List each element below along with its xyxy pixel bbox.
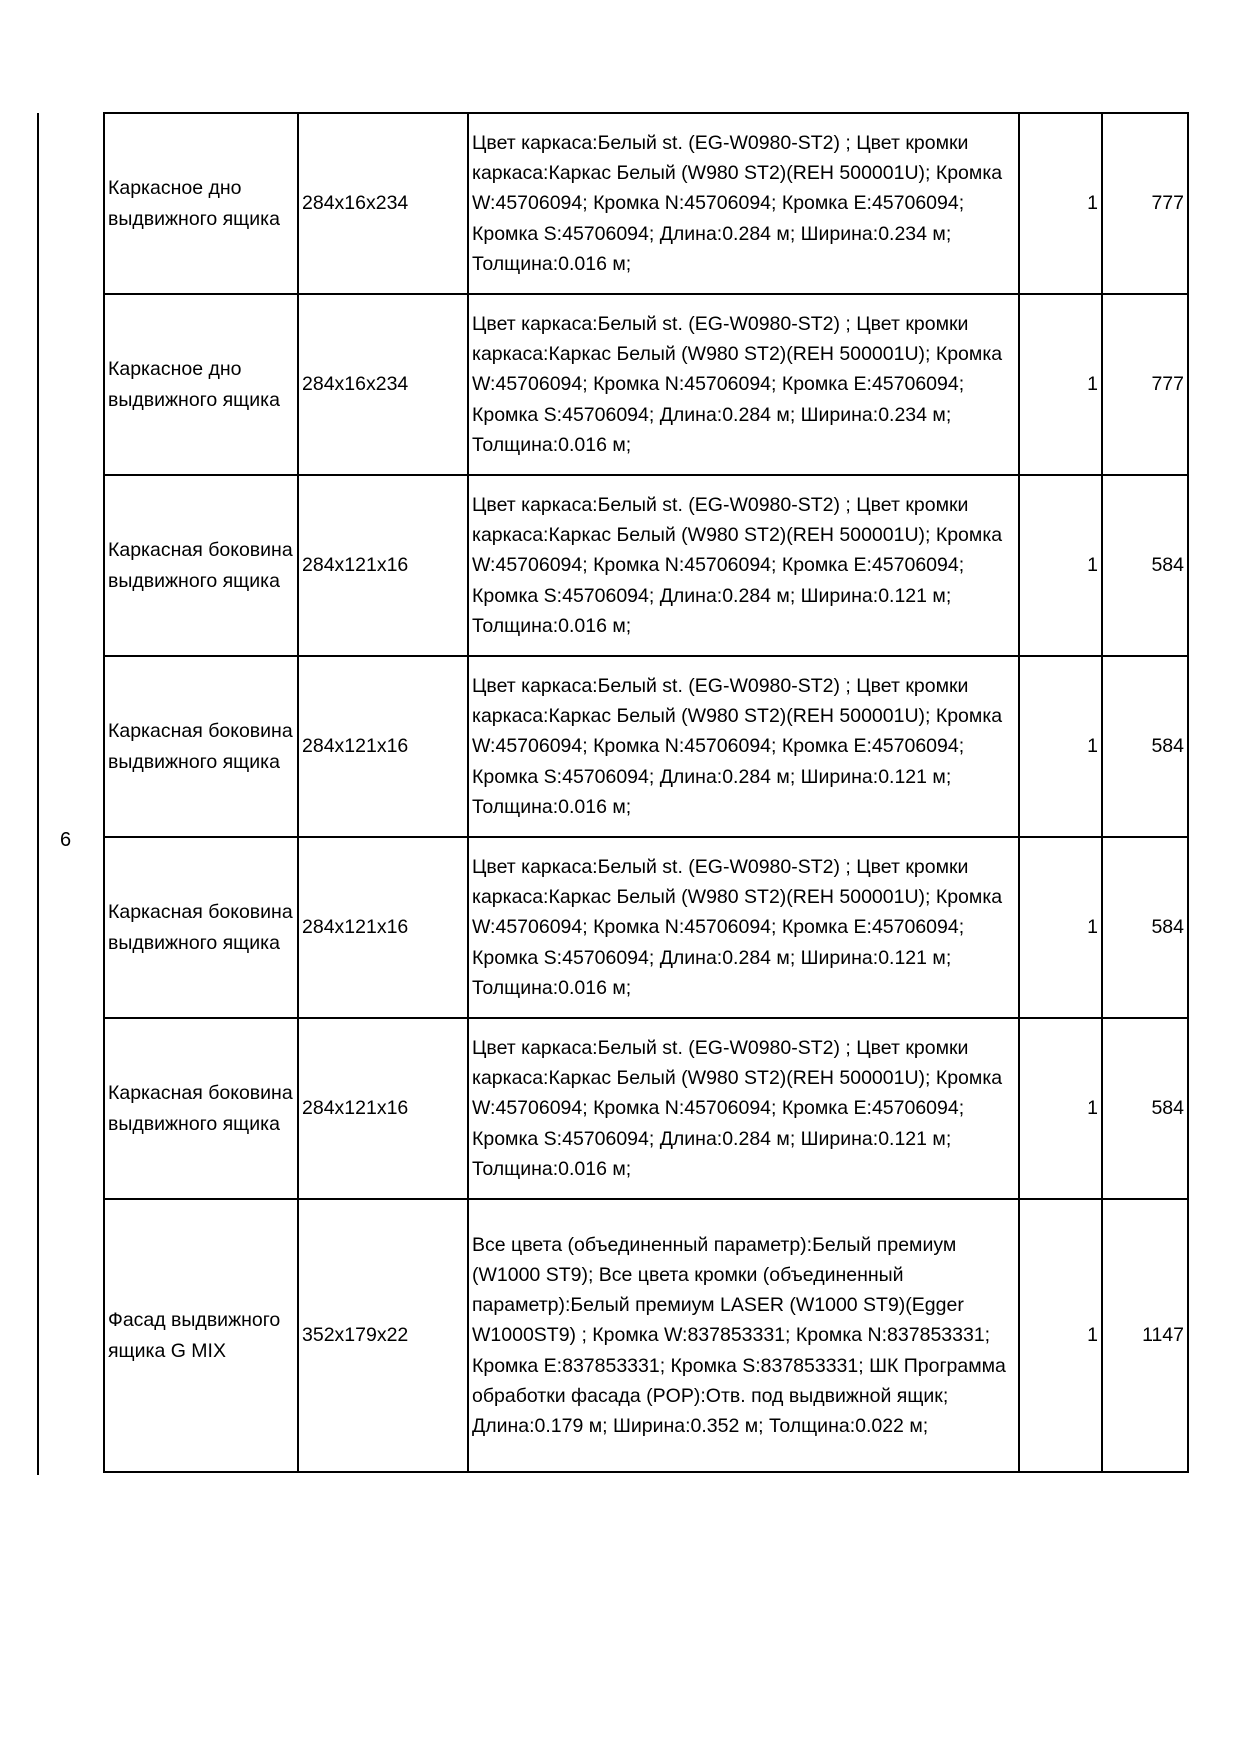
part-description: Цвет каркаса:Белый st. (EG-W0980-ST2) ; … bbox=[468, 475, 1019, 656]
part-qty: 1 bbox=[1019, 837, 1102, 1018]
part-qty: 1 bbox=[1019, 294, 1102, 475]
table-row: Каркасное дно выдвижного ящика 284x16x23… bbox=[104, 113, 1188, 294]
part-name: Каркасная боковина выдвижного ящика bbox=[104, 1018, 298, 1199]
part-price: 777 bbox=[1102, 113, 1188, 294]
group-number: 6 bbox=[60, 828, 84, 852]
parts-table: Каркасное дно выдвижного ящика 284x16x23… bbox=[103, 112, 1189, 1473]
part-name: Каркасное дно выдвижного ящика bbox=[104, 113, 298, 294]
part-size: 284x121x16 bbox=[298, 475, 468, 656]
part-size: 284x16x234 bbox=[298, 294, 468, 475]
part-size: 352x179x22 bbox=[298, 1199, 468, 1472]
part-description: Цвет каркаса:Белый st. (EG-W0980-ST2) ; … bbox=[468, 837, 1019, 1018]
table-row: Фасад выдвижного ящика G MIX 352x179x22 … bbox=[104, 1199, 1188, 1472]
part-qty: 1 bbox=[1019, 1018, 1102, 1199]
part-name: Каркасная боковина выдвижного ящика bbox=[104, 656, 298, 837]
part-price: 1147 bbox=[1102, 1199, 1188, 1472]
part-size: 284x121x16 bbox=[298, 1018, 468, 1199]
part-description: Цвет каркаса:Белый st. (EG-W0980-ST2) ; … bbox=[468, 113, 1019, 294]
part-qty: 1 bbox=[1019, 1199, 1102, 1472]
part-size: 284x121x16 bbox=[298, 837, 468, 1018]
part-description: Цвет каркаса:Белый st. (EG-W0980-ST2) ; … bbox=[468, 294, 1019, 475]
group-bracket-line bbox=[37, 113, 39, 1475]
table-row: Каркасная боковина выдвижного ящика 284x… bbox=[104, 475, 1188, 656]
part-size: 284x121x16 bbox=[298, 656, 468, 837]
part-qty: 1 bbox=[1019, 113, 1102, 294]
part-size: 284x16x234 bbox=[298, 113, 468, 294]
part-price: 584 bbox=[1102, 1018, 1188, 1199]
part-name: Каркасная боковина выдвижного ящика bbox=[104, 475, 298, 656]
part-name: Каркасная боковина выдвижного ящика bbox=[104, 837, 298, 1018]
part-qty: 1 bbox=[1019, 656, 1102, 837]
table-row: Каркасная боковина выдвижного ящика 284x… bbox=[104, 1018, 1188, 1199]
part-name: Каркасное дно выдвижного ящика bbox=[104, 294, 298, 475]
table-row: Каркасная боковина выдвижного ящика 284x… bbox=[104, 837, 1188, 1018]
part-qty: 1 bbox=[1019, 475, 1102, 656]
part-price: 584 bbox=[1102, 656, 1188, 837]
part-description: Все цвета (объединенный параметр):Белый … bbox=[468, 1199, 1019, 1472]
part-description: Цвет каркаса:Белый st. (EG-W0980-ST2) ; … bbox=[468, 1018, 1019, 1199]
part-name: Фасад выдвижного ящика G MIX bbox=[104, 1199, 298, 1472]
part-price: 777 bbox=[1102, 294, 1188, 475]
part-description: Цвет каркаса:Белый st. (EG-W0980-ST2) ; … bbox=[468, 656, 1019, 837]
part-price: 584 bbox=[1102, 475, 1188, 656]
table-row: Каркасное дно выдвижного ящика 284x16x23… bbox=[104, 294, 1188, 475]
table-row: Каркасная боковина выдвижного ящика 284x… bbox=[104, 656, 1188, 837]
part-price: 584 bbox=[1102, 837, 1188, 1018]
